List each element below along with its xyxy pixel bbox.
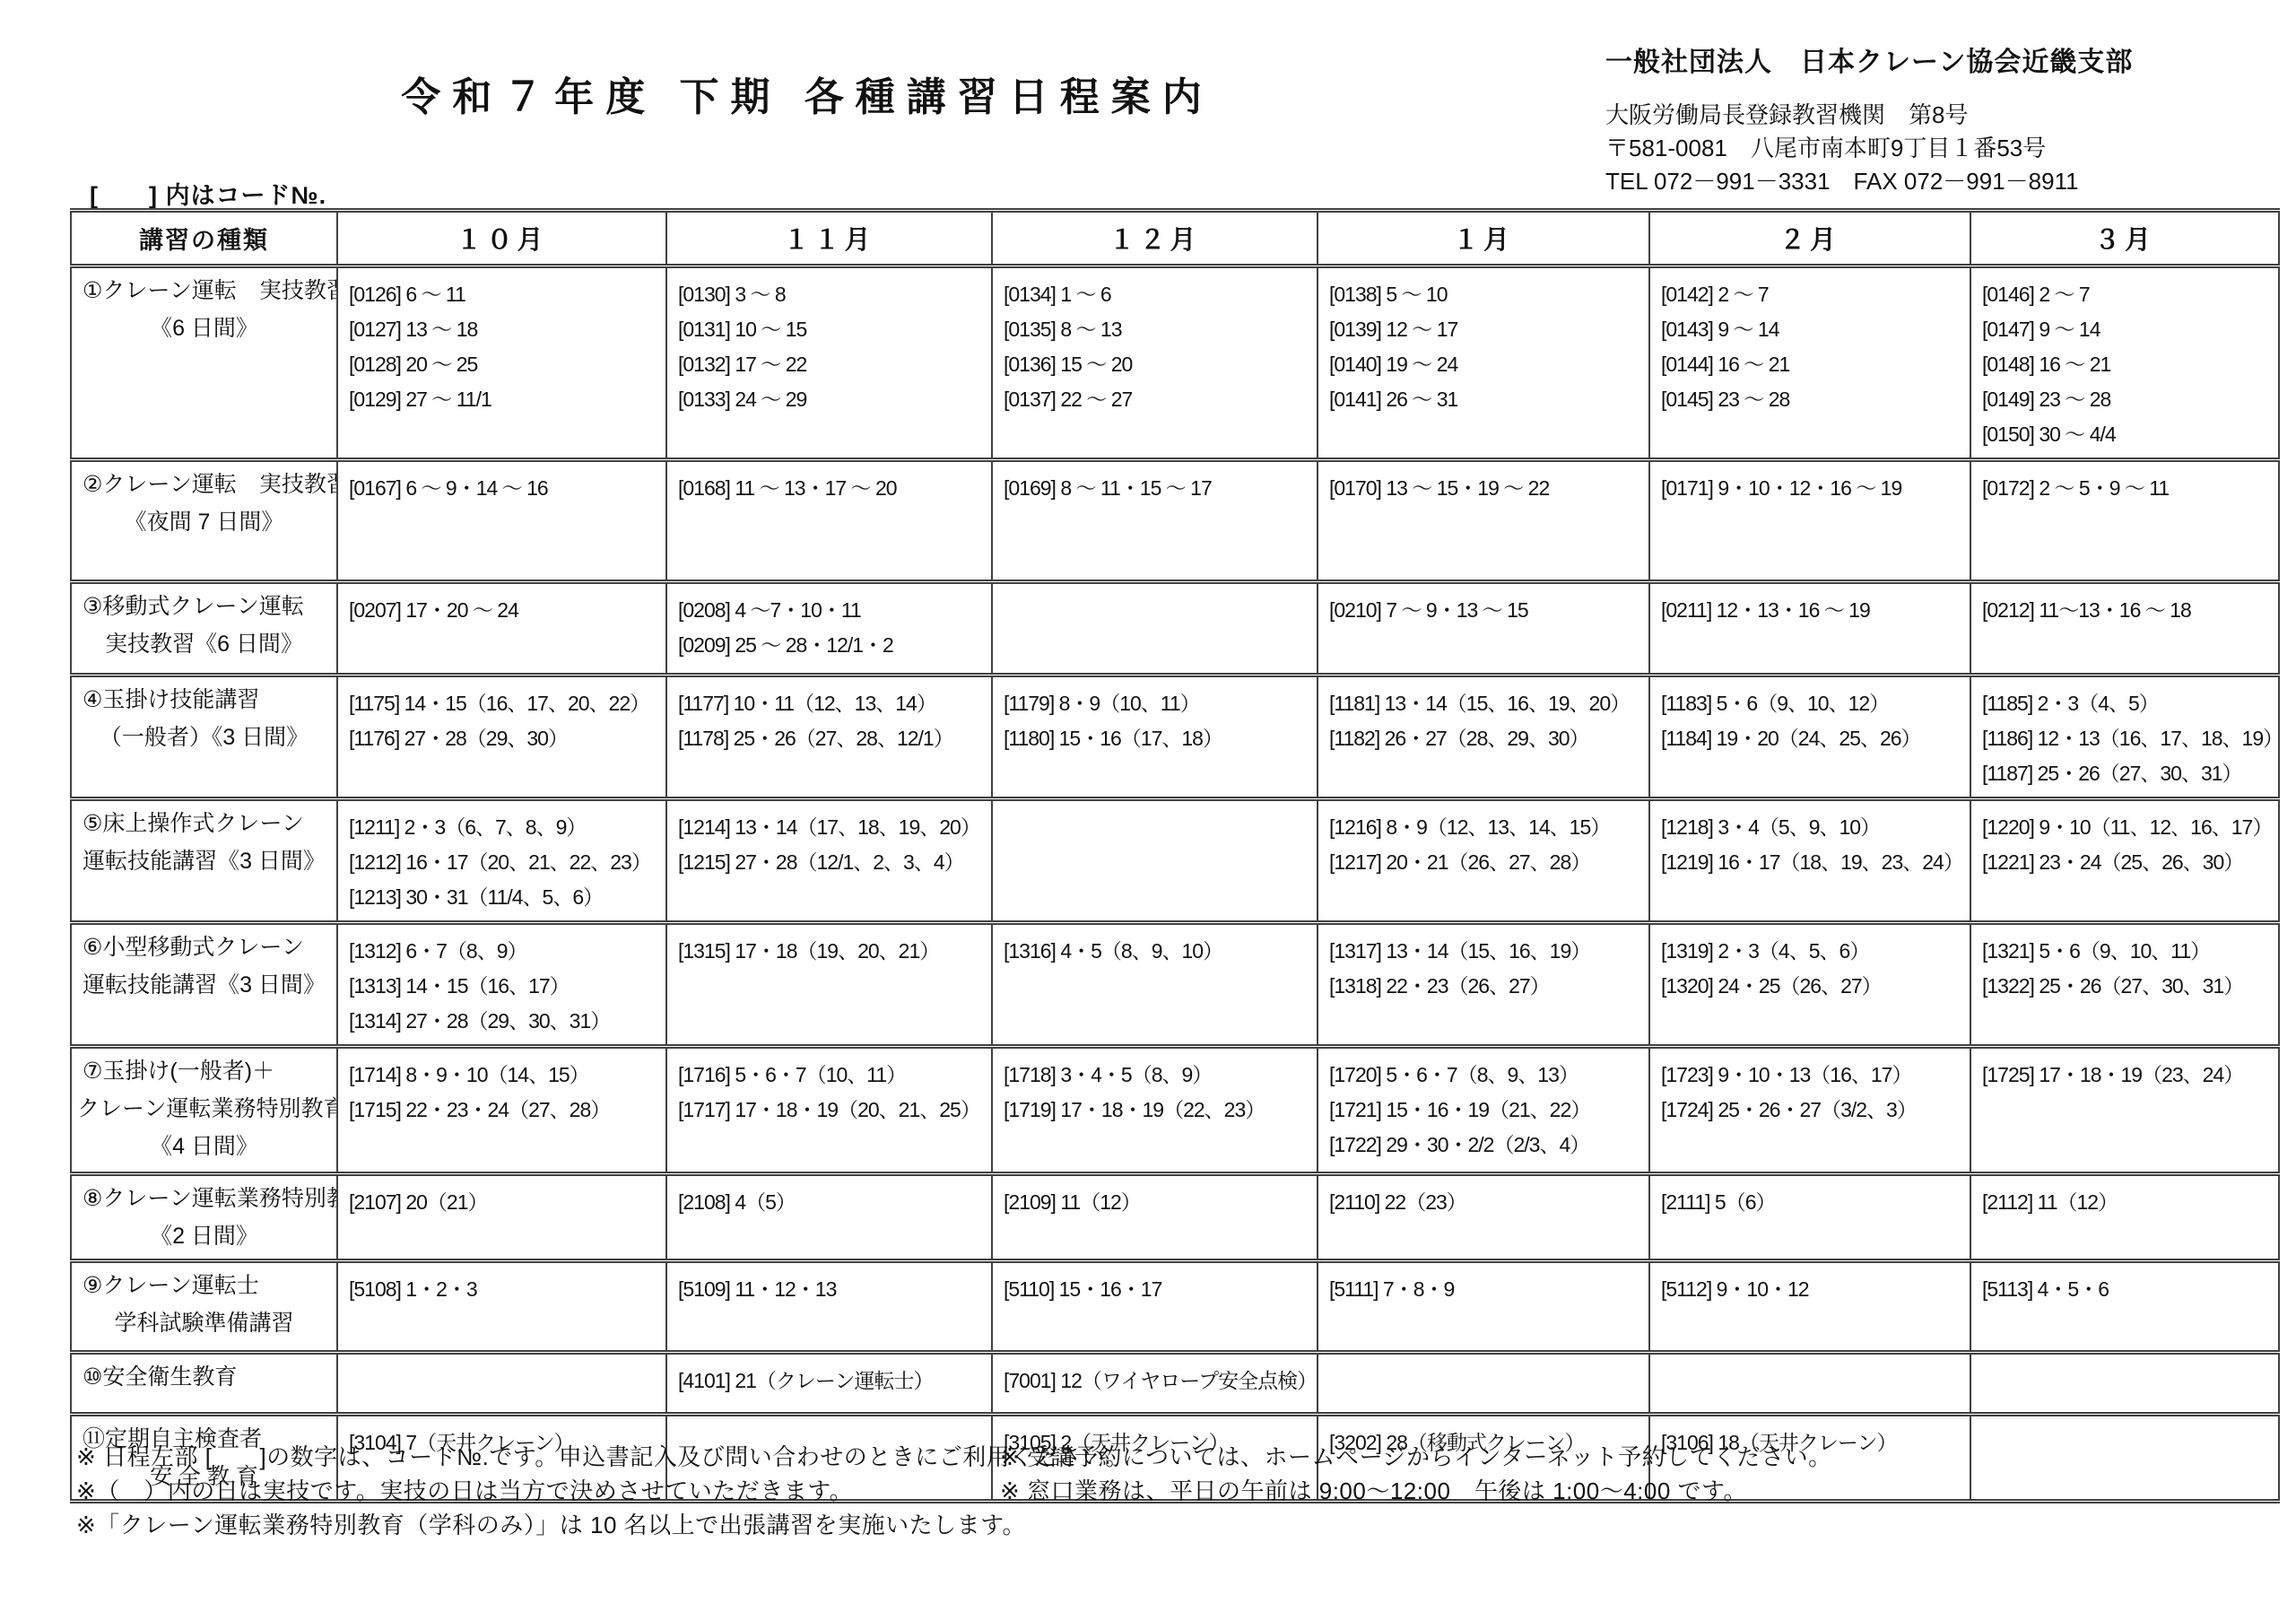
schedule-cell: [1214] 13・14（17、18、19、20）[1215] 27・28（12… <box>666 799 992 923</box>
schedule-entry: [1319] 2・3（4、5、6） <box>1661 934 1966 969</box>
schedule-entry: [2108] 4（5） <box>678 1185 987 1220</box>
schedule-cell <box>992 582 1318 675</box>
schedule-cell: [1220] 9・10（11、12、16、17）[1221] 23・24（25、… <box>1970 799 2279 923</box>
schedule-entry: [1221] 23・24（25、26、30） <box>1982 845 2274 880</box>
course-name-line: 《夜間 7 日間》 <box>77 503 331 541</box>
schedule-entry: [0132] 17 ～ 22 <box>678 347 987 382</box>
schedule-entry: [2107] 20（21） <box>349 1185 662 1220</box>
schedule-entry: [1211] 2・3（6、7、8、9） <box>349 810 662 845</box>
schedule-entry: [5108] 1・2・3 <box>349 1272 662 1307</box>
schedule-entry: [0138] 5 ～ 10 <box>1329 277 1645 312</box>
column-header-month-3: １２月 <box>992 211 1318 266</box>
column-header-month-5: ２月 <box>1649 211 1970 266</box>
schedule-cell: [0208] 4 ～7・10・11[0209] 25 ～ 28・12/1・2 <box>666 582 992 675</box>
schedule-entry: [1180] 15・16（17、18） <box>1004 721 1313 756</box>
schedule-entry: [1218] 3・4（5、9、10） <box>1661 810 1966 845</box>
schedule-entry: [1315] 17・18（19、20、21） <box>678 934 987 969</box>
schedule-cell: [1720] 5・6・7（8、9、13）[1721] 15・16・19（21、2… <box>1318 1047 1649 1174</box>
course-name: ⑥小型移動式クレーン運転技能講習《3 日間》 <box>71 923 337 1047</box>
course-name: ⑧クレーン運転業務特別教育《2 日間》 <box>71 1174 337 1261</box>
schedule-entry: [0144] 16 ～ 21 <box>1661 347 1966 382</box>
course-name-line: ⑥小型移動式クレーン <box>77 928 331 966</box>
course-name: ⑩安全衛生教育 <box>71 1353 337 1415</box>
course-name-line: ①クレーン運転 実技教習 <box>77 272 331 309</box>
schedule-cell: [1211] 2・3（6、7、8、9）[1212] 16・17（20、21、22… <box>337 799 666 923</box>
table-row: ①クレーン運転 実技教習《6 日間》[0126] 6 ～ 11[0127] 13… <box>71 266 2279 460</box>
schedule-cell: [2112] 11（12） <box>1970 1174 2279 1261</box>
column-header-month-2: １１月 <box>666 211 992 266</box>
column-header-month-4: １月 <box>1318 211 1649 266</box>
schedule-entry: [1220] 9・10（11、12、16、17） <box>1982 810 2274 845</box>
schedule-cell: [1317] 13・14（15、16、19）[1318] 22・23（26、27… <box>1318 923 1649 1047</box>
schedule-entry: [5110] 15・16・17 <box>1004 1272 1313 1307</box>
schedule-entry: [0208] 4 ～7・10・11 <box>678 593 987 628</box>
footnotes-right: ※ 受講予約については、ホームページからインターネット予約してください。※ 窓口… <box>1000 1440 1832 1508</box>
schedule-entry: [0147] 9 ～ 14 <box>1982 312 2274 347</box>
schedule-entry: [0146] 2 ～ 7 <box>1982 277 2274 312</box>
schedule-entry: [0212] 11～13・16 ～ 18 <box>1982 593 2274 628</box>
schedule-entry: [0172] 2 ～ 5・9 ～ 11 <box>1982 471 2274 506</box>
schedule-entry: [0149] 23 ～ 28 <box>1982 382 2274 417</box>
footnote: ※（ ）内の日は実技です。実技の日は当方で決めさせていただきます。 <box>76 1474 1129 1508</box>
schedule-cell: [1185] 2・3（4、5）[1186] 12・13（16、17、18、19）… <box>1970 675 2279 799</box>
schedule-entry: [1178] 25・26（27、28、12/1） <box>678 721 987 756</box>
schedule-cell: [0207] 17・20 ～ 24 <box>337 582 666 675</box>
course-name-line: 《6 日間》 <box>77 309 331 347</box>
schedule-entry: [1185] 2・3（4、5） <box>1982 686 2274 721</box>
schedule-cell: [0146] 2 ～ 7[0147] 9 ～ 14[0148] 16 ～ 21[… <box>1970 266 2279 460</box>
course-name: ①クレーン運転 実技教習《6 日間》 <box>71 266 337 460</box>
schedule-cell: [4101] 21（クレーン運転士） <box>666 1353 992 1415</box>
schedule-entry: [1216] 8・9（12、13、14、15） <box>1329 810 1645 845</box>
schedule-entry: [1179] 8・9（10、11） <box>1004 686 1313 721</box>
schedule-cell: [0126] 6 ～ 11[0127] 13 ～ 18[0128] 20 ～ 2… <box>337 266 666 460</box>
schedule-entry: [0141] 26 ～ 31 <box>1329 382 1645 417</box>
course-name: ②クレーン運転 実技教習《夜間 7 日間》 <box>71 460 337 582</box>
schedule-entry: [0140] 19 ～ 24 <box>1329 347 1645 382</box>
schedule-entry: [0133] 24 ～ 29 <box>678 382 987 417</box>
schedule-entry: [1721] 15・16・19（21、22） <box>1329 1093 1645 1128</box>
schedule-cell <box>1318 1353 1649 1415</box>
schedule-entry: [0142] 2 ～ 7 <box>1661 277 1966 312</box>
schedule-entry: [1312] 6・7（8、9） <box>349 934 662 969</box>
schedule-entry: [5112] 9・10・12 <box>1661 1272 1966 1307</box>
table-row: ②クレーン運転 実技教習《夜間 7 日間》[0167] 6 ～ 9・14 ～ 1… <box>71 460 2279 582</box>
schedule-cell: [0171] 9・10・12・16 ～ 19 <box>1649 460 1970 582</box>
schedule-cell: [1175] 14・15（16、17、20、22）[1176] 27・28（29… <box>337 675 666 799</box>
page-title: 令和７年度 下期 各種講習日程案内 <box>395 65 1220 122</box>
schedule-cell <box>1970 1415 2279 1502</box>
schedule-entry: [1719] 17・18・19（22、23） <box>1004 1093 1313 1128</box>
schedule-cell: [1714] 8・9・10（14、15）[1715] 22・23・24（27、2… <box>337 1047 666 1174</box>
schedule-entry: [2111] 5（6） <box>1661 1185 1966 1220</box>
schedule-cell: [0142] 2 ～ 7[0143] 9 ～ 14[0144] 16 ～ 21[… <box>1649 266 1970 460</box>
schedule-cell: [1725] 17・18・19（23、24） <box>1970 1047 2279 1174</box>
schedule-entry: [1313] 14・15（16、17） <box>349 969 662 1004</box>
schedule-entry: [0134] 1 ～ 6 <box>1004 277 1313 312</box>
schedule-cell <box>992 799 1318 923</box>
schedule-cell: [0169] 8 ～ 11・15 ～ 17 <box>992 460 1318 582</box>
course-name-line: ⑨クレーン運転士 <box>77 1267 331 1304</box>
schedule-entry: [2112] 11（12） <box>1982 1185 2274 1220</box>
schedule-cell: [0130] 3 ～ 8[0131] 10 ～ 15[0132] 17 ～ 22… <box>666 266 992 460</box>
schedule-entry: [1177] 10・11（12、13、14） <box>678 686 987 721</box>
schedule-cell: [0212] 11～13・16 ～ 18 <box>1970 582 2279 675</box>
code-number-note: [ ] 内はコード№. <box>90 176 326 211</box>
schedule-entry: [1215] 27・28（12/1、2、3、4） <box>678 845 987 880</box>
schedule-cell: [0170] 13 ～ 15・19 ～ 22 <box>1318 460 1649 582</box>
schedule-entry: [1212] 16・17（20、21、22、23） <box>349 845 662 880</box>
schedule-entry: [1187] 25・26（27、30、31） <box>1982 756 2274 791</box>
schedule-entry: [1724] 25・26・27（3/2、3） <box>1661 1093 1966 1128</box>
schedule-entry: [1322] 25・26（27、30、31） <box>1982 969 2274 1004</box>
schedule-entry: [0139] 12 ～ 17 <box>1329 312 1645 347</box>
schedule-cell <box>337 1353 666 1415</box>
schedule-entry: [2109] 11（12） <box>1004 1185 1313 1220</box>
schedule-entry: [1186] 12・13（16、17、18、19） <box>1982 721 2274 756</box>
schedule-cell: [5112] 9・10・12 <box>1649 1261 1970 1353</box>
course-name-line: （一般者）《3 日間》 <box>77 719 331 756</box>
schedule-cell <box>1970 1353 2279 1415</box>
course-name-line: ②クレーン運転 実技教習 <box>77 466 331 503</box>
schedule-entry: [1722] 29・30・2/2（2/3、4） <box>1329 1128 1645 1163</box>
schedule-cell: [0211] 12・13・16 ～ 19 <box>1649 582 1970 675</box>
schedule-entry: [1720] 5・6・7（8、9、13） <box>1329 1058 1645 1093</box>
schedule-cell: [5108] 1・2・3 <box>337 1261 666 1353</box>
schedule-cell: [0134] 1 ～ 6[0135] 8 ～ 13[0136] 15 ～ 20[… <box>992 266 1318 460</box>
schedule-cell: [5109] 11・12・13 <box>666 1261 992 1353</box>
schedule-entry: [0150] 30 ～ 4/4 <box>1982 417 2274 452</box>
course-name-line: ⑤床上操作式クレーン <box>77 805 331 842</box>
schedule-cell: [1181] 13・14（15、16、19、20）[1182] 26・27（28… <box>1318 675 1649 799</box>
schedule-entry: [0169] 8 ～ 11・15 ～ 17 <box>1004 471 1313 506</box>
table-row: ⑥小型移動式クレーン運転技能講習《3 日間》[1312] 6・7（8、9）[13… <box>71 923 2279 1047</box>
schedule-entry: [1725] 17・18・19（23、24） <box>1982 1058 2274 1093</box>
schedule-entry: [0171] 9・10・12・16 ～ 19 <box>1661 471 1966 506</box>
table-header-row: 講習の種類１０月１１月１２月１月２月３月 <box>71 211 2279 266</box>
course-name: ⑤床上操作式クレーン運転技能講習《3 日間》 <box>71 799 337 923</box>
table-row: ⑤床上操作式クレーン運転技能講習《3 日間》[1211] 2・3（6、7、8、9… <box>71 799 2279 923</box>
schedule-entry: [0145] 23 ～ 28 <box>1661 382 1966 417</box>
footnote: ※「クレーン運転業務特別教育（学科のみ）」は 10 名以上で出張講習を実施いたし… <box>76 1508 1129 1542</box>
schedule-entry: [1321] 5・6（9、10、11） <box>1982 934 2274 969</box>
schedule-entry: [0130] 3 ～ 8 <box>678 277 987 312</box>
schedule-entry: [0126] 6 ～ 11 <box>349 277 662 312</box>
schedule-entry: [0170] 13 ～ 15・19 ～ 22 <box>1329 471 1645 506</box>
schedule-cell: [2110] 22（23） <box>1318 1174 1649 1261</box>
schedule-entry: [1715] 22・23・24（27、28） <box>349 1093 662 1128</box>
course-name-line: ⑦玉掛け(一般者)＋ <box>77 1052 331 1090</box>
schedule-entry: [1316] 4・5（8、9、10） <box>1004 934 1313 969</box>
schedule-entry: [1184] 19・20（24、25、26） <box>1661 721 1966 756</box>
footnotes-left: ※ 日程左部 [ ]の数字は、コード№.です。申込書記入及び問い合わせのときにご… <box>76 1440 1129 1542</box>
schedule-cell <box>1649 1353 1970 1415</box>
table-row: ④玉掛け技能講習（一般者）《3 日間》[1175] 14・15（16、17、20… <box>71 675 2279 799</box>
schedule-entry: [2110] 22（23） <box>1329 1185 1645 1220</box>
schedule-entry: [0210] 7 ～ 9・13 ～ 15 <box>1329 593 1645 628</box>
schedule-entry: [1214] 13・14（17、18、19、20） <box>678 810 987 845</box>
schedule-cell: [5113] 4・5・6 <box>1970 1261 2279 1353</box>
schedule-entry: [4101] 21（クレーン運転士） <box>678 1364 987 1399</box>
course-name-line: 《4 日間》 <box>77 1128 331 1165</box>
schedule-cell: [1216] 8・9（12、13、14、15）[1217] 20・21（26、2… <box>1318 799 1649 923</box>
schedule-cell: [2108] 4（5） <box>666 1174 992 1261</box>
table-row: ⑧クレーン運転業務特別教育《2 日間》[2107] 20（21）[2108] 4… <box>71 1174 2279 1261</box>
column-header-course-type: 講習の種類 <box>71 211 337 266</box>
schedule-entry: [0137] 22 ～ 27 <box>1004 382 1313 417</box>
organization-block: 一般社団法人 日本クレーン協会近畿支部 大阪労働局長登録教習機関 第8号 〒58… <box>1605 39 2269 198</box>
footnote: ※ 窓口業務は、平日の午前は 9:00～12:00 午後は 1:00～4:00 … <box>1000 1474 1832 1508</box>
schedule-cell: [1723] 9・10・13（16、17）[1724] 25・26・27（3/2… <box>1649 1047 1970 1174</box>
schedule-cell: [0210] 7 ～ 9・13 ～ 15 <box>1318 582 1649 675</box>
course-name: ③移動式クレーン運転実技教習《6 日間》 <box>71 582 337 675</box>
schedule-cell: [5111] 7・8・9 <box>1318 1261 1649 1353</box>
org-registration-line: 大阪労働局長登録教習機関 第8号 <box>1605 99 2269 132</box>
schedule-entry: [1217] 20・21（26、27、28） <box>1329 845 1645 880</box>
schedule-entry: [1320] 24・25（26、27） <box>1661 969 1966 1004</box>
schedule-table: 講習の種類１０月１１月１２月１月２月３月 ①クレーン運転 実技教習《6 日間》[… <box>70 208 2280 1503</box>
schedule-cell: [1218] 3・4（5、9、10）[1219] 16・17（18、19、23、… <box>1649 799 1970 923</box>
schedule-entry: [7001] 12（ワイヤロープ安全点検） <box>1004 1364 1313 1399</box>
schedule-entry: [5111] 7・8・9 <box>1329 1272 1645 1307</box>
schedule-entry: [0168] 11 ～ 13・17 ～ 20 <box>678 471 987 506</box>
course-name-line: クレーン運転業務特別教育 <box>77 1090 331 1128</box>
table-row: ⑦玉掛け(一般者)＋クレーン運転業務特別教育《4 日間》[1714] 8・9・1… <box>71 1047 2279 1174</box>
course-name-line: 《2 日間》 <box>77 1217 331 1255</box>
schedule-entry: [1175] 14・15（16、17、20、22） <box>349 686 662 721</box>
schedule-entry: [1213] 30・31（11/4、5、6） <box>349 880 662 915</box>
schedule-cell: [0167] 6 ～ 9・14 ～ 16 <box>337 460 666 582</box>
schedule-cell: [7001] 12（ワイヤロープ安全点検） <box>992 1353 1318 1415</box>
schedule-cell: [2109] 11（12） <box>992 1174 1318 1261</box>
schedule-cell: [1716] 5・6・7（10、11）[1717] 17・18・19（20、21… <box>666 1047 992 1174</box>
schedule-cell: [1312] 6・7（8、9）[1313] 14・15（16、17）[1314]… <box>337 923 666 1047</box>
schedule-cell: [1718] 3・4・5（8、9）[1719] 17・18・19（22、23） <box>992 1047 1318 1174</box>
schedule-entry: [0209] 25 ～ 28・12/1・2 <box>678 628 987 663</box>
schedule-cell: [0168] 11 ～ 13・17 ～ 20 <box>666 460 992 582</box>
footnote: ※ 受講予約については、ホームページからインターネット予約してください。 <box>1000 1440 1832 1474</box>
schedule-entry: [0143] 9 ～ 14 <box>1661 312 1966 347</box>
schedule-entry: [1181] 13・14（15、16、19、20） <box>1329 686 1645 721</box>
schedule-cell: [1183] 5・6（9、10、12）[1184] 19・20（24、25、26… <box>1649 675 1970 799</box>
schedule-entry: [0131] 10 ～ 15 <box>678 312 987 347</box>
schedule-cell: [1319] 2・3（4、5、6）[1320] 24・25（26、27） <box>1649 923 1970 1047</box>
schedule-entry: [1716] 5・6・7（10、11） <box>678 1058 987 1093</box>
table-row: ⑩安全衛生教育[4101] 21（クレーン運転士）[7001] 12（ワイヤロー… <box>71 1353 2279 1415</box>
schedule-cell: [1177] 10・11（12、13、14）[1178] 25・26（27、28… <box>666 675 992 799</box>
course-name-line: ③移動式クレーン運転 <box>77 588 331 625</box>
organization-name: 一般社団法人 日本クレーン協会近畿支部 <box>1605 39 2269 79</box>
schedule-entry: [0211] 12・13・16 ～ 19 <box>1661 593 1966 628</box>
schedule-entry: [5113] 4・5・6 <box>1982 1272 2274 1307</box>
schedule-cell: [1321] 5・6（9、10、11）[1322] 25・26（27、30、31… <box>1970 923 2279 1047</box>
course-name-line: 学科試験準備講習 <box>77 1304 331 1342</box>
schedule-cell: [2107] 20（21） <box>337 1174 666 1261</box>
schedule-entry: [1714] 8・9・10（14、15） <box>349 1058 662 1093</box>
schedule-entry: [5109] 11・12・13 <box>678 1272 987 1307</box>
schedule-entry: [0129] 27 ～ 11/1 <box>349 382 662 417</box>
schedule-entry: [0207] 17・20 ～ 24 <box>349 593 662 628</box>
table-row: ③移動式クレーン運転実技教習《6 日間》[0207] 17・20 ～ 24[02… <box>71 582 2279 675</box>
schedule-entry: [1182] 26・27（28、29、30） <box>1329 721 1645 756</box>
schedule-cell: [0138] 5 ～ 10[0139] 12 ～ 17[0140] 19 ～ 2… <box>1318 266 1649 460</box>
org-address-line: 〒581-0081 八尾市南本町9丁目１番53号 <box>1605 132 2269 165</box>
schedule-cell: [1179] 8・9（10、11）[1180] 15・16（17、18） <box>992 675 1318 799</box>
schedule-entry: [1183] 5・6（9、10、12） <box>1661 686 1966 721</box>
schedule-entry: [0135] 8 ～ 13 <box>1004 312 1313 347</box>
schedule-entry: [0167] 6 ～ 9・14 ～ 16 <box>349 471 662 506</box>
column-header-month-6: ３月 <box>1970 211 2279 266</box>
schedule-entry: [1176] 27・28（29、30） <box>349 721 662 756</box>
schedule-cell: [1315] 17・18（19、20、21） <box>666 923 992 1047</box>
course-name-line: ⑧クレーン運転業務特別教育 <box>77 1180 331 1217</box>
course-name-line: ⑩安全衛生教育 <box>77 1358 331 1396</box>
schedule-entry: [0128] 20 ～ 25 <box>349 347 662 382</box>
schedule-entry: [0136] 15 ～ 20 <box>1004 347 1313 382</box>
course-name-line: ④玉掛け技能講習 <box>77 681 331 719</box>
schedule-entry: [1314] 27・28（29、30、31） <box>349 1004 662 1039</box>
course-name: ⑨クレーン運転士学科試験準備講習 <box>71 1261 337 1353</box>
schedule-entry: [1219] 16・17（18、19、23、24） <box>1661 845 1966 880</box>
schedule-entry: [1723] 9・10・13（16、17） <box>1661 1058 1966 1093</box>
course-name: ⑦玉掛け(一般者)＋クレーン運転業務特別教育《4 日間》 <box>71 1047 337 1174</box>
schedule-entry: [1317] 13・14（15、16、19） <box>1329 934 1645 969</box>
schedule-cell: [2111] 5（6） <box>1649 1174 1970 1261</box>
schedule-cell: [5110] 15・16・17 <box>992 1261 1318 1353</box>
course-name: ④玉掛け技能講習（一般者）《3 日間》 <box>71 675 337 799</box>
course-name-line: 運転技能講習《3 日間》 <box>77 966 331 1004</box>
schedule-entry: [1718] 3・4・5（8、9） <box>1004 1058 1313 1093</box>
schedule-entry: [1717] 17・18・19（20、21、25） <box>678 1093 987 1128</box>
schedule-entry: [0148] 16 ～ 21 <box>1982 347 2274 382</box>
course-name-line: 実技教習《6 日間》 <box>77 625 331 663</box>
course-name-line: 運転技能講習《3 日間》 <box>77 842 331 880</box>
footnote: ※ 日程左部 [ ]の数字は、コード№.です。申込書記入及び問い合わせのときにご… <box>76 1440 1129 1474</box>
schedule-cell: [0172] 2 ～ 5・9 ～ 11 <box>1970 460 2279 582</box>
schedule-entry: [0127] 13 ～ 18 <box>349 312 662 347</box>
schedule-table-body: ①クレーン運転 実技教習《6 日間》[0126] 6 ～ 11[0127] 13… <box>71 266 2279 1502</box>
schedule-entry: [1318] 22・23（26、27） <box>1329 969 1645 1004</box>
table-row: ⑨クレーン運転士学科試験準備講習[5108] 1・2・3[5109] 11・12… <box>71 1261 2279 1353</box>
column-header-month-1: １０月 <box>337 211 666 266</box>
schedule-cell: [1316] 4・5（8、9、10） <box>992 923 1318 1047</box>
org-phone-line: TEL 072－991－3331 FAX 072－991－8911 <box>1605 165 2269 198</box>
